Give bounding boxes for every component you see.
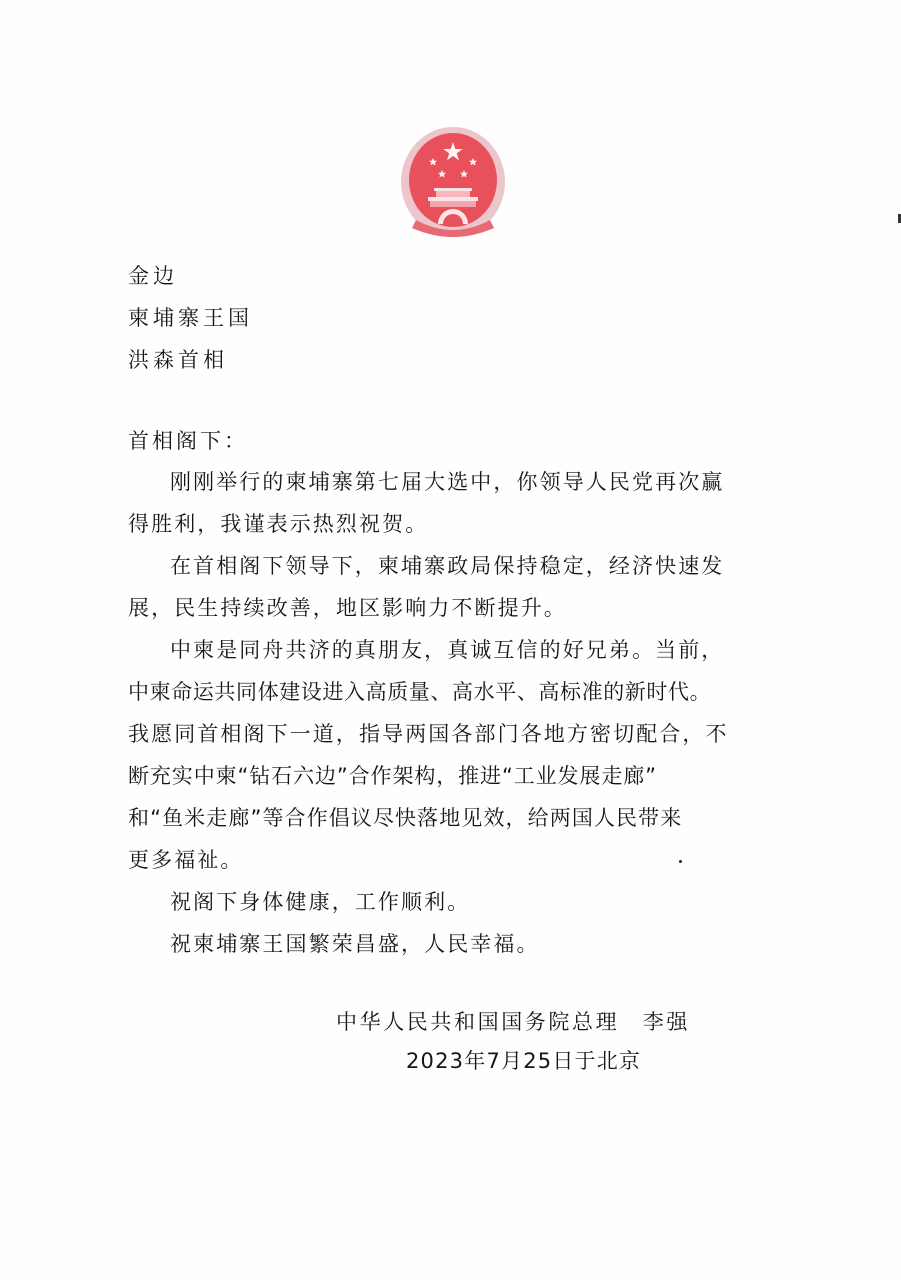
salutation: 首相阁下：: [128, 427, 248, 455]
paragraph-3-line-2: 中柬命运共同体建设进入高质量、高水平、高标准的新时代。: [128, 678, 711, 706]
letter-page: 金边 柬埔寨王国 洪森首相 首相阁下： 刚刚举行的柬埔寨第七届大选中，你领导人民…: [0, 0, 901, 1280]
signatory-title-name: 中华人民共和国国务院总理 李强: [336, 1008, 690, 1036]
paragraph-1-line-2: 得胜利，我谨表示热烈祝贺。: [128, 510, 428, 538]
recipient-country: 柬埔寨王国: [128, 304, 253, 332]
national-emblem-icon: [398, 124, 508, 242]
paragraph-2-line-2: 展，民生持续改善，地区影响力不断提升。: [128, 594, 567, 622]
stray-mark: [679, 860, 682, 863]
signature-date-place: 2023年7月25日于北京: [406, 1047, 641, 1075]
paragraph-3-line-3: 我愿同首相阁下一道，指导两国各部门各地方密切配合，不: [128, 720, 729, 748]
recipient-city: 金边: [128, 262, 178, 290]
paragraph-3-line-6: 更多福祉。: [128, 846, 244, 874]
paragraph-3-line-1: 中柬是同舟共济的真朋友，真诚互信的好兄弟。当前，: [170, 636, 724, 664]
closing-wish-1: 祝阁下身体健康，工作顺利。: [170, 888, 470, 916]
closing-wish-2: 祝柬埔寨王国繁荣昌盛，人民幸福。: [170, 930, 540, 958]
paragraph-3-line-4: 断充实中柬“钻石六边”合作架构，推进“工业发展走廊”: [128, 762, 657, 790]
paragraph-3-line-5: 和“鱼米走廊”等合作倡议尽快落地见效，给两国人民带来: [128, 804, 682, 832]
recipient-name-title: 洪森首相: [128, 346, 228, 374]
paragraph-2-line-1: 在首相阁下领导下，柬埔寨政局保持稳定，经济快速发: [170, 552, 724, 580]
paragraph-1-line-1: 刚刚举行的柬埔寨第七届大选中，你领导人民党再次赢: [170, 468, 724, 496]
